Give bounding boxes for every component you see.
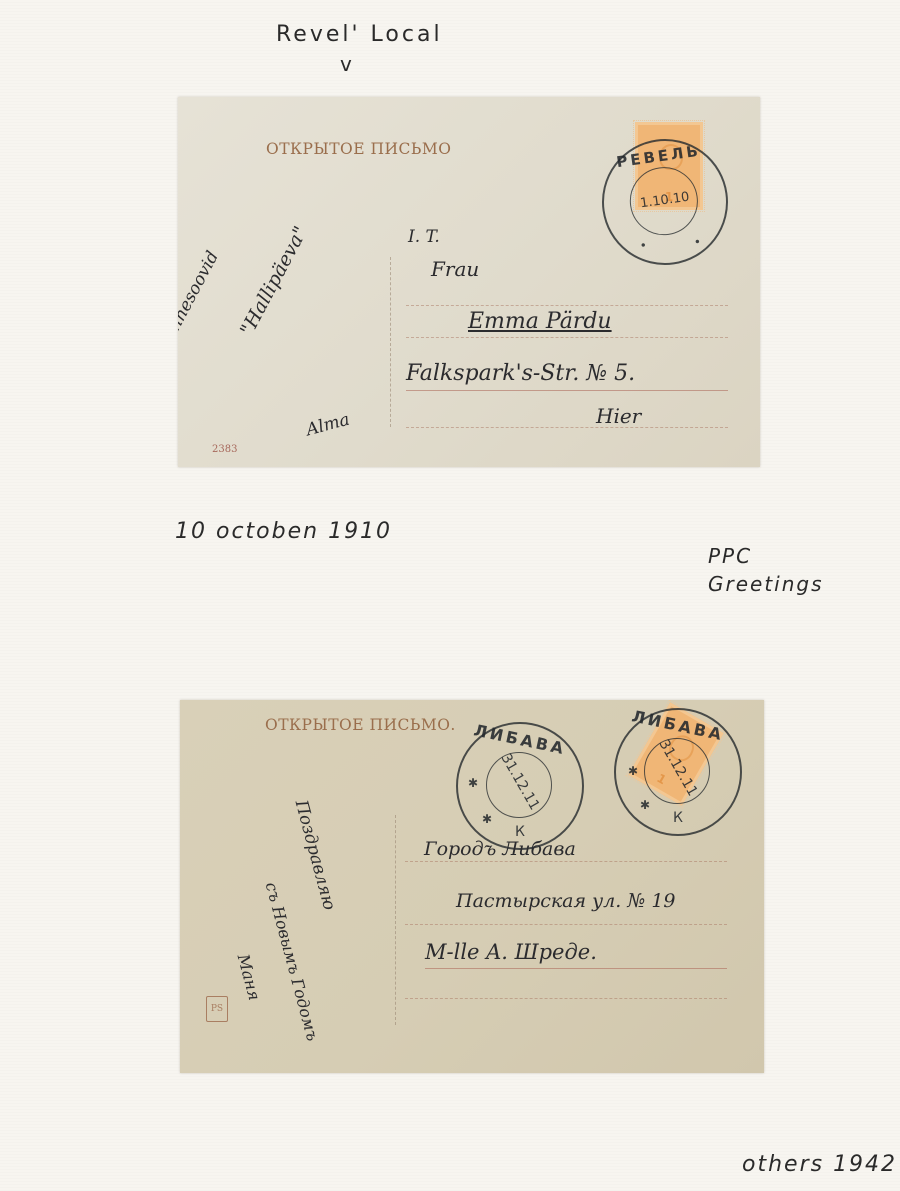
postmark-star: ✱	[640, 798, 650, 812]
message-greeting: Поздравляю	[291, 798, 340, 912]
address-initials: I. T.	[408, 227, 440, 247]
postmark-letter: К	[616, 810, 740, 826]
postmark-star: ✱	[628, 764, 638, 778]
address-salutation: Frau	[431, 257, 479, 281]
annotation-type-line1: PPC	[708, 542, 824, 570]
annotation-date: 10 octoben 1910	[175, 519, 392, 544]
annotation-check-mark: v	[340, 52, 354, 76]
address-street: Пастырская ул. № 19	[456, 890, 676, 912]
annotation-type: PPC Greetings	[708, 542, 824, 598]
postcard-libau: ОТКРЫТОЕ ПИСЬМО. 1 ЛИБАВА 31.12.11 К ✱ ✱…	[180, 700, 764, 1073]
message-occasion: "Hallipäeva"	[236, 223, 312, 340]
card-divider	[390, 257, 391, 427]
address-line	[405, 861, 727, 862]
card-header-title: ОТКРЫТОЕ ПИСЬМО	[266, 140, 451, 158]
address-line	[405, 924, 727, 925]
card-header-title: ОТКРЫТОЕ ПИСЬМО.	[265, 716, 456, 734]
address-line	[406, 427, 728, 428]
annotation-others: others 1942	[742, 1152, 897, 1177]
postmark-libau-right: ЛИБАВА 31.12.11 К ✱ ✱	[614, 708, 742, 836]
postmark-star: ✱	[482, 812, 492, 826]
postmark-revel: РЕВЕЛЬ 1.10.10 • •	[594, 131, 736, 273]
annotation-type-line2: Greetings	[708, 570, 824, 598]
address-name: M-lle A. Шреде.	[425, 940, 597, 964]
postmark-star: •	[693, 234, 702, 249]
postmark-star: •	[639, 238, 648, 253]
address-name: Emma Pärdu	[468, 309, 612, 334]
postmark-libau-left: ЛИБАВА 31.12.11 К ✱ ✱	[456, 722, 584, 850]
address-street: Falkspark's-Str. № 5.	[406, 361, 635, 386]
card-divider	[395, 815, 396, 1025]
album-page: Revel' Local v ОТКРЫТОЕ ПИСЬМО 1 РЕВЕЛЬ …	[0, 0, 900, 1191]
message-wish: съ Новымъ Годомъ	[262, 880, 323, 1043]
address-line	[405, 998, 727, 999]
message-signature: Маня	[234, 952, 265, 1002]
annotation-revel-local: Revel' Local	[276, 22, 443, 47]
address-line	[406, 305, 728, 306]
message-greeting: Õnnesoovid	[178, 248, 223, 347]
postmark-star: ✱	[468, 776, 478, 790]
address-city: Hier	[596, 404, 641, 428]
card-serial-number: 2383	[212, 444, 237, 455]
address-line	[425, 968, 727, 969]
address-city: Городъ Либава	[424, 838, 576, 860]
postcard-revel: ОТКРЫТОЕ ПИСЬМО 1 РЕВЕЛЬ 1.10.10 • • I. …	[178, 97, 760, 467]
message-signature: Alma	[304, 410, 352, 441]
address-line	[406, 337, 728, 338]
publisher-monogram: PS	[206, 996, 228, 1022]
address-line	[406, 390, 728, 391]
